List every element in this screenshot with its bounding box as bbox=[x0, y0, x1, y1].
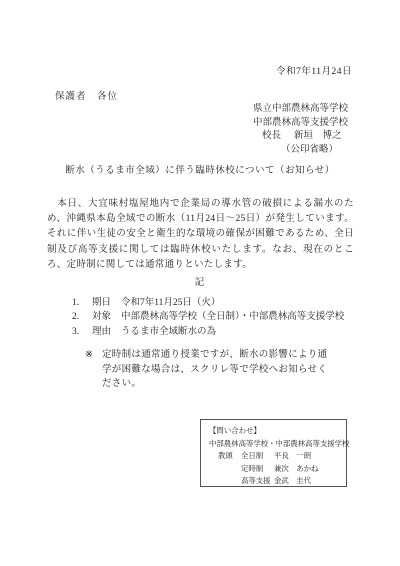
contact-row: 教頭 全日制 平良 一朗 bbox=[209, 450, 338, 463]
recipient-line: 保護者 各位 bbox=[55, 88, 118, 102]
sender-school-1: 県立中部農林高等学校 bbox=[253, 103, 348, 117]
item-value: 令和7年11月25日（火） bbox=[121, 296, 220, 310]
principal-label: 校長 bbox=[262, 130, 281, 144]
item-value: 中部農林高等学校（全日制）・中部農林高等支援学校 bbox=[121, 310, 344, 324]
seal-note: （公印省略） bbox=[253, 144, 348, 158]
record-heading: 記 bbox=[0, 274, 400, 288]
note-block: ※ 定時制は通常通り授業ですが、断水の影響により通学が困難な場合は、スクリレ等で… bbox=[85, 348, 335, 392]
list-item: 3. 理由 うるま市全域断水の為 bbox=[72, 325, 344, 339]
note-text: 定時制は通常通り授業ですが、断水の影響により通学が困難な場合は、スクリレ等で学校… bbox=[102, 348, 335, 392]
list-item: 2. 対象 中部農林高等学校（全日制）・中部農林高等支援学校 bbox=[72, 310, 344, 324]
notice-document: 令和7年11月24日 保護者 各位 県立中部農林高等学校 中部農林高等支援学校 … bbox=[0, 0, 400, 566]
contact-name: 兼次 あかね bbox=[274, 463, 318, 476]
contact-schools: 中部農林高等学校・中部農林高等支援学校 bbox=[209, 438, 338, 451]
document-title: 断水（うるま市全域）に伴う臨時休校について（お知らせ） bbox=[0, 162, 400, 176]
body-paragraph: 本日、大宜味村塩屋地内で企業局の導水管の破損による漏水のため、沖縄県本島全域での… bbox=[47, 197, 354, 273]
item-label: 期日 bbox=[92, 296, 121, 310]
item-label: 理由 bbox=[92, 325, 121, 339]
item-list: 1. 期日 令和7年11月25日（火） 2. 対象 中部農林高等学校（全日制）・… bbox=[72, 296, 344, 339]
contact-division: 定時制 bbox=[241, 463, 274, 476]
sender-school-2: 中部農林高等支援学校 bbox=[253, 117, 348, 131]
contact-role bbox=[218, 475, 241, 488]
item-number: 2. bbox=[72, 310, 92, 324]
contact-name: 平良 一朗 bbox=[274, 450, 311, 463]
item-number: 1. bbox=[72, 296, 92, 310]
item-value: うるま市全域断水の為 bbox=[121, 325, 216, 339]
contact-division: 高等支援 bbox=[241, 475, 274, 488]
contact-box: 【問い合わせ】 中部農林高等学校・中部農林高等支援学校 教頭 全日制 平良 一朗… bbox=[200, 419, 347, 487]
sender-block: 県立中部農林高等学校 中部農林高等支援学校 校長 新垣 博之 （公印省略） bbox=[253, 103, 348, 157]
item-number: 3. bbox=[72, 325, 92, 339]
contact-division: 全日制 bbox=[241, 450, 274, 463]
document-date: 令和7年11月24日 bbox=[0, 63, 352, 77]
note-mark: ※ bbox=[85, 348, 102, 392]
principal-name: 新垣 博之 bbox=[294, 130, 342, 144]
contact-row: 定時制 兼次 あかね bbox=[209, 463, 338, 476]
principal-line: 校長 新垣 博之 bbox=[253, 130, 348, 144]
item-label: 対象 bbox=[92, 310, 121, 324]
contact-row: 高等支援 金武 圭代 bbox=[209, 475, 338, 488]
contact-role: 教頭 bbox=[218, 450, 241, 463]
list-item: 1. 期日 令和7年11月25日（火） bbox=[72, 296, 344, 310]
contact-name: 金武 圭代 bbox=[274, 475, 311, 488]
contact-heading: 【問い合わせ】 bbox=[209, 425, 338, 438]
contact-role bbox=[218, 463, 241, 476]
